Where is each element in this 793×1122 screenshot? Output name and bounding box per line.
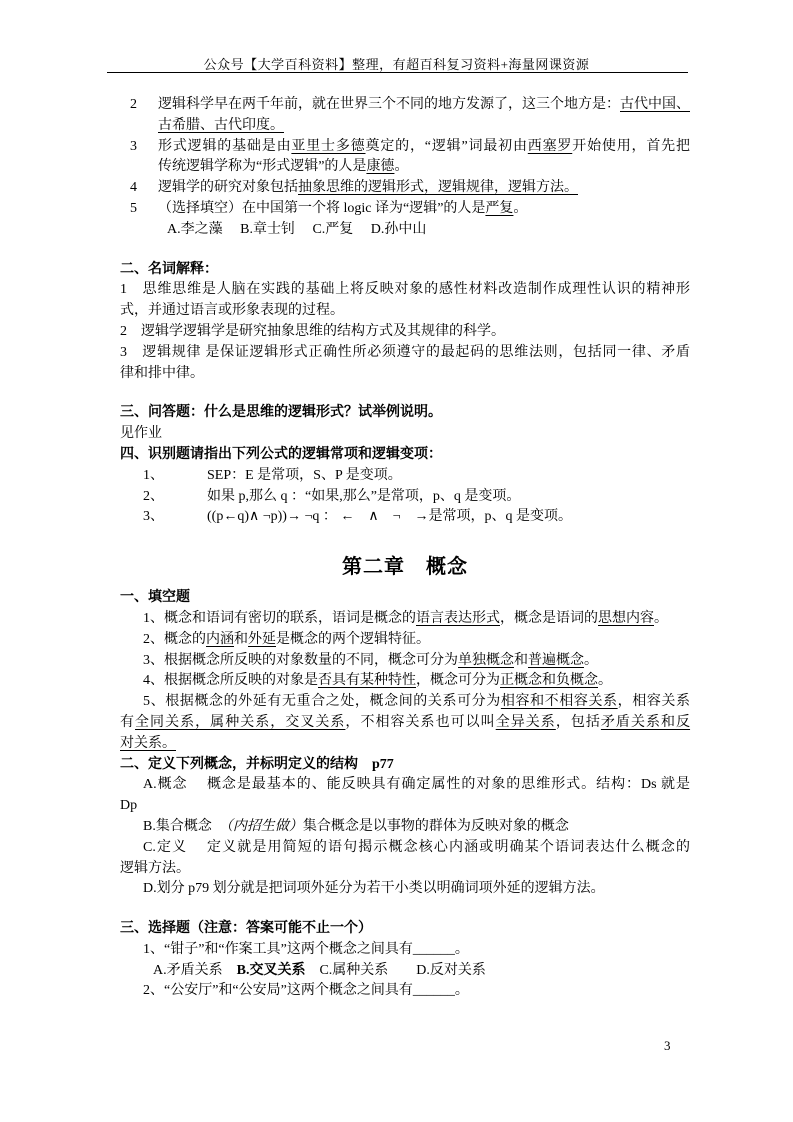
underlined-answer: 正概念和负概念: [500, 673, 598, 688]
header-rule: [107, 72, 688, 73]
underlined-answer: 矛盾关系和反: [601, 715, 690, 730]
underlined-answer: 全异关系: [496, 715, 556, 730]
indented-list-item: 1、“钳子”和“作案工具”这两个概念之间具有______。: [120, 940, 690, 961]
text-line: 2、如果 p,那么 q ：“如果,那么”是常项，p、q 是变项。: [143, 487, 690, 508]
text-run: D.划分 p79 划分就是把词项外延分为若干小类以明确词项外延的逻辑方法。: [143, 881, 605, 896]
indented-list-item: A.概念 概念是最基本的、能反映具有确定属性的对象的思维形式。结构：Ds 就是D…: [120, 775, 690, 817]
text-run: 。: [598, 673, 612, 688]
text-run: （选择填空）在中国第一个将 logic 译为“逻辑”的人是: [158, 201, 485, 216]
underlined-answer: 对关系。: [120, 736, 176, 751]
text-run: 1、概念和语词有密切的联系，语词是概念的: [143, 611, 416, 626]
text-line: 3、根据概念所反映的对象数量的不同，概念可分为单独概念和普遍概念。: [120, 651, 690, 672]
text-run: 三、问答题：什么是思维的逻辑形式？试举例说明。: [120, 405, 442, 420]
underlined-answer: 康德: [366, 159, 394, 174]
item-number: 1、: [143, 466, 207, 487]
text-line: 一、填空题: [120, 588, 690, 609]
text-run: 逻辑学的研究对象包括: [158, 180, 298, 195]
paragraph: 1 思维思维是人脑在实践的基础上将反映对象的感性材料改造制作成理性认识的精神形式…: [120, 280, 690, 322]
text-run: 第二章 概念: [342, 556, 468, 578]
text-run: 。: [394, 159, 408, 174]
text-line: 二、定义下列概念，并标明定义的结构 p77: [120, 755, 690, 776]
text-line: B.集合概念 （内招生做）集合概念是以事物的群体为反映对象的概念: [120, 817, 690, 838]
section-heading: 四、识别题请指出下列公式的逻辑常项和逻辑变项：: [120, 445, 690, 466]
indented-list-item: 2、“公安厅”和“公安局”这两个概念之间具有______。: [120, 981, 690, 1002]
text-run: 。: [654, 611, 668, 626]
indented-list-item: 4、根据概念所反映的对象是否具有某种特性，概念可分为正概念和负概念。: [120, 671, 690, 692]
underlined-answer: 西塞罗: [528, 139, 572, 154]
underlined-answer: 抽象思维的逻辑形式，逻辑规律，逻辑方法。: [298, 180, 578, 195]
text-run: 2 逻辑学逻辑学是研究抽象思维的结构方式及其规律的科学。: [120, 324, 505, 339]
text-line: 2 逻辑学逻辑学是研究抽象思维的结构方式及其规律的科学。: [120, 322, 690, 343]
options-row: A.李之藻 B.章士钊 C.严复 D.孙中山: [120, 220, 690, 241]
section-heading: 二、名词解释：: [120, 260, 690, 281]
section-heading: 一、填空题: [120, 588, 690, 609]
text-line: 四、识别题请指出下列公式的逻辑常项和逻辑变项：: [120, 445, 690, 466]
text-run: C.属种关系 D.反对关系: [305, 963, 485, 978]
underlined-answer: 外延: [248, 632, 276, 647]
text-run: （内招生做）: [226, 819, 303, 834]
text-line: 2、概念的内涵和外延是概念的两个逻辑特征。: [120, 630, 690, 651]
indented-list-item: C.定义 定义就是用简短的语句揭示概念核心内涵或明确某个语词表达什么概念的逻辑方…: [120, 838, 690, 880]
text-line: 二、名词解释：: [120, 260, 690, 281]
text-run: ((p←q)∧ ¬p))→ ¬q ： ← ∧ ¬ →是常项，p、q 是变项。: [207, 509, 572, 524]
numbered-list-item: 逻辑学的研究对象包括抽象思维的逻辑形式，逻辑规律，逻辑方法。4: [120, 178, 690, 199]
text-line: 有全同关系，属种关系，交叉关系，不相容关系也可以叫全异关系，包括矛盾关系和反: [120, 713, 690, 734]
paragraph: 见作业: [120, 424, 690, 445]
text-run: Dp: [120, 798, 137, 813]
item-number: 4: [130, 178, 137, 199]
text-run: 律和排中律。: [120, 366, 204, 381]
text-run: 奠定的，“逻辑”词最初由: [366, 139, 528, 154]
text-line: （选择填空）在中国第一个将 logic 译为“逻辑”的人是严复。: [158, 199, 690, 220]
section-heading: 三、问答题：什么是思维的逻辑形式？试举例说明。: [120, 403, 690, 424]
underlined-answer: 亚里士多德: [291, 139, 365, 154]
text-run: 1、“钳子”和“作案工具”这两个概念之间具有______。: [143, 942, 469, 957]
text-line: 2、“公安厅”和“公安局”这两个概念之间具有______。: [120, 981, 690, 1002]
text-run: 式，并通过语言或形象表现的过程。: [120, 303, 344, 318]
text-line: 3 逻辑规律 是保证逻辑形式正确性所必须遵守的最起码的思维法则，包括同一律、矛盾: [120, 343, 690, 364]
text-run: 4、根据概念所反映的对象是: [143, 673, 318, 688]
text-run: 二、名词解释：: [120, 262, 218, 277]
text-run: 3、根据概念所反映的对象数量的不同，概念可分为: [143, 653, 458, 668]
text-line: 逻辑学的研究对象包括抽象思维的逻辑形式，逻辑规律，逻辑方法。: [158, 178, 690, 199]
text-run: 5、根据概念的外延有无重合之处，概念间的关系可分为: [143, 694, 501, 709]
text-line: 古希腊、古代印度。: [158, 116, 690, 137]
text-run: 逻辑科学早在两千年前，就在世界三个不同的地方发源了，这三个地方是：: [158, 97, 620, 112]
section-heading: 三、选择题（注意：答案可能不止一个）: [120, 919, 690, 940]
underlined-answer: 相容和不相容关系: [501, 694, 618, 709]
document-body: 逻辑科学早在两千年前，就在世界三个不同的地方发源了，这三个地方是：古代中国、古希…: [120, 95, 690, 1002]
text-line: A.概念 概念是最基本的、能反映具有确定属性的对象的思维形式。结构：Ds 就是: [120, 775, 690, 796]
indented-list-item: 5、根据概念的外延有无重合之处，概念间的关系可分为相容和不相容关系，相容关系有全…: [120, 692, 690, 754]
text-run: A.概念 概念是最基本的、能反映具有确定属性的对象的思维形式。结构：Ds 就是: [143, 777, 690, 792]
text-line: 逻辑方法。: [120, 859, 690, 880]
text-run: 和: [234, 632, 248, 647]
underlined-answer: 全同关系，属种关系，交叉关系: [135, 715, 345, 730]
text-run: C.定义 定义就是用简短的语句揭示概念核心内涵或明确某个语词表达什么概念的: [143, 840, 690, 855]
underlined-answer: 严复: [485, 201, 513, 216]
text-run: A.李之藻 B.章士钊 C.严复 D.孙中山: [167, 222, 426, 237]
page-number: 3: [664, 1038, 671, 1054]
underlined-answer: 语言表达形式: [416, 611, 500, 626]
page-header-text: 公众号【大学百科资料】整理，有超百科复习资料+海量网课资源: [0, 54, 793, 73]
text-line: 见作业: [120, 424, 690, 445]
text-line: 第二章 概念: [120, 552, 690, 582]
item-number: 2: [130, 95, 137, 116]
numbered-list-item: （选择填空）在中国第一个将 logic 译为“逻辑”的人是严复。5: [120, 199, 690, 220]
formula-list-item: 1、SEP：E 是常项，S、P 是变项。: [120, 466, 690, 487]
text-run: ，概念是语词的: [500, 611, 598, 626]
text-line: 5、根据概念的外延有无重合之处，概念间的关系可分为相容和不相容关系，相容关系: [120, 692, 690, 713]
text-run: 一、填空题: [120, 590, 190, 605]
text-run: 如果 p,那么 q ：“如果,那么”是常项，p、q 是变项。: [207, 489, 520, 504]
underlined-answer: 古代中国、: [620, 97, 690, 112]
text-run: 见作业: [120, 426, 162, 441]
text-line: Dp: [120, 796, 690, 817]
text-run: ，概念可分为: [416, 673, 500, 688]
underlined-answer: 古希腊、古代印度。: [158, 118, 284, 133]
text-line: 1、概念和语词有密切的联系，语词是概念的语言表达形式，概念是语词的思想内容。: [120, 609, 690, 630]
text-line: 1、“钳子”和“作案工具”这两个概念之间具有______。: [120, 940, 690, 961]
paragraph: 3 逻辑规律 是保证逻辑形式正确性所必须遵守的最起码的思维法则，包括同一律、矛盾…: [120, 343, 690, 385]
text-run: 形式逻辑的基础是由: [158, 139, 291, 154]
text-run: 3 逻辑规律 是保证逻辑形式正确性所必须遵守的最起码的思维法则，包括同一律、矛盾: [120, 345, 690, 360]
options-row: A.矛盾关系 B.交叉关系 C.属种关系 D.反对关系: [120, 961, 690, 982]
text-run: 。: [584, 653, 598, 668]
text-run: 。: [513, 201, 527, 216]
text-line: 三、选择题（注意：答案可能不止一个）: [120, 919, 690, 940]
text-run: 2、“公安厅”和“公安局”这两个概念之间具有______。: [143, 983, 469, 998]
text-line: 4、根据概念所反映的对象是否具有某种特性，概念可分为正概念和负概念。: [120, 671, 690, 692]
text-run: 集合概念是以事物的群体为反映对象的概念: [303, 819, 569, 834]
text-run: 是概念的两个逻辑特征。: [276, 632, 430, 647]
text-line: 式，并通过语言或形象表现的过程。: [120, 301, 690, 322]
indented-list-item: B.集合概念 （内招生做）集合概念是以事物的群体为反映对象的概念: [120, 817, 690, 838]
section-heading: 二、定义下列概念，并标明定义的结构 p77: [120, 755, 690, 776]
text-line: C.定义 定义就是用简短的语句揭示概念核心内涵或明确某个语词表达什么概念的: [120, 838, 690, 859]
text-run: ，包括: [556, 715, 601, 730]
text-run: SEP：E 是常项，S、P 是变项。: [207, 468, 402, 483]
text-line: 1、SEP：E 是常项，S、P 是变项。: [143, 466, 690, 487]
numbered-list-item: 逻辑科学早在两千年前，就在世界三个不同的地方发源了，这三个地方是：古代中国、古希…: [120, 95, 690, 137]
text-run: 逻辑方法。: [120, 861, 190, 876]
text-line: 1 思维思维是人脑在实践的基础上将反映对象的感性材料改造制作成理性认识的精神形: [120, 280, 690, 301]
indented-list-item: D.划分 p79 划分就是把词项外延分为若干小类以明确词项外延的逻辑方法。: [120, 879, 690, 900]
text-run: 四、识别题请指出下列公式的逻辑常项和逻辑变项：: [120, 447, 442, 462]
text-line: A.矛盾关系 B.交叉关系 C.属种关系 D.反对关系: [153, 961, 690, 982]
text-run: 2、概念的: [143, 632, 206, 647]
text-run: 和: [514, 653, 528, 668]
underlined-answer: 思想内容: [598, 611, 654, 626]
text-run: ，相容关系: [618, 694, 690, 709]
formula-list-item: 2、如果 p,那么 q ：“如果,那么”是常项，p、q 是变项。: [120, 487, 690, 508]
document-page: 公众号【大学百科资料】整理，有超百科复习资料+海量网课资源 逻辑科学早在两千年前…: [0, 0, 793, 1122]
underlined-answer: 否具有某种特性: [318, 673, 416, 688]
text-line: A.李之藻 B.章士钊 C.严复 D.孙中山: [167, 220, 690, 241]
text-run: 传统逻辑学称为“形式逻辑”的人是: [158, 159, 366, 174]
chapter-title: 第二章 概念: [120, 552, 690, 582]
text-run: 开始使用，首先把: [572, 139, 690, 154]
text-run: B.交叉关系: [237, 963, 306, 978]
text-line: 对关系。: [120, 734, 690, 755]
text-run: 有: [120, 715, 135, 730]
indented-list-item: 2、概念的内涵和外延是概念的两个逻辑特征。: [120, 630, 690, 651]
text-line: 形式逻辑的基础是由亚里士多德奠定的，“逻辑”词最初由西塞罗开始使用，首先把: [158, 137, 690, 158]
numbered-list-item: 形式逻辑的基础是由亚里士多德奠定的，“逻辑”词最初由西塞罗开始使用，首先把传统逻…: [120, 137, 690, 179]
text-run: 三、选择题（注意：答案可能不止一个）: [120, 921, 372, 936]
indented-list-item: 3、根据概念所反映的对象数量的不同，概念可分为单独概念和普遍概念。: [120, 651, 690, 672]
indented-list-item: 1、概念和语词有密切的联系，语词是概念的语言表达形式，概念是语词的思想内容。: [120, 609, 690, 630]
text-line: 3、((p←q)∧ ¬p))→ ¬q ： ← ∧ ¬ →是常项，p、q 是变项。: [143, 507, 690, 528]
text-line: 三、问答题：什么是思维的逻辑形式？试举例说明。: [120, 403, 690, 424]
text-run: B.集合概念: [143, 819, 226, 834]
paragraph: 2 逻辑学逻辑学是研究抽象思维的结构方式及其规律的科学。: [120, 322, 690, 343]
text-line: 传统逻辑学称为“形式逻辑”的人是康德。: [158, 157, 690, 178]
item-number: 3、: [143, 507, 207, 528]
text-line: D.划分 p79 划分就是把词项外延分为若干小类以明确词项外延的逻辑方法。: [120, 879, 690, 900]
text-run: 二、定义下列概念，并标明定义的结构 p77: [120, 757, 394, 772]
text-run: A.矛盾关系: [153, 963, 237, 978]
item-number: 5: [130, 199, 137, 220]
text-run: 1 思维思维是人脑在实践的基础上将反映对象的感性材料改造制作成理性认识的精神形: [120, 282, 690, 297]
item-number: 2、: [143, 487, 207, 508]
underlined-answer: 内涵: [206, 632, 234, 647]
item-number: 3: [130, 137, 137, 158]
underlined-answer: 普遍概念: [528, 653, 584, 668]
underlined-answer: 单独概念: [458, 653, 514, 668]
text-line: 逻辑科学早在两千年前，就在世界三个不同的地方发源了，这三个地方是：古代中国、: [158, 95, 690, 116]
formula-list-item: 3、((p←q)∧ ¬p))→ ¬q ： ← ∧ ¬ →是常项，p、q 是变项。: [120, 507, 690, 528]
text-line: 律和排中律。: [120, 364, 690, 385]
text-run: ，不相容关系也可以叫: [345, 715, 495, 730]
